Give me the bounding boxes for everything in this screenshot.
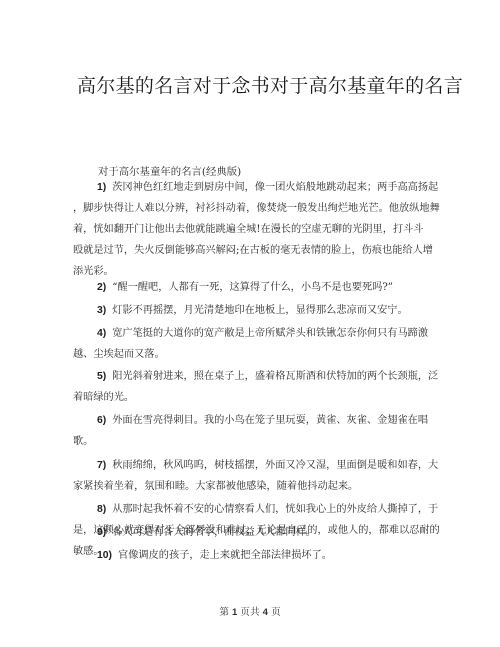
footer-suffix: 页 (271, 607, 281, 618)
quote-text: 阳光斜着射进来，照在桌子上，盛着格瓦斯酒和伏特加的两个长颈瓶，泛 (112, 371, 438, 382)
current-page-number: 1 (232, 607, 237, 618)
quote-number: 4) (97, 328, 106, 339)
quote-text: 着，恍如翻开门让他出去他就能跳遍全城!在漫长的空虚无聊的光阴里，打斗斗 (73, 219, 423, 240)
quote-5: 5)阳光斜着射进来，照在桌子上，盛着格瓦斯酒和伏特加的两个长颈瓶，泛 着暗绿的光… (73, 366, 423, 408)
quote-text: 歌。 (73, 431, 423, 452)
quote-9: 9)各人可是有各人的名字，而权益人人都同样。 (73, 522, 423, 543)
quote-text: 从那时起我怀着不安的心情察看人们，恍如我心上的外皮给人撕掉了，于 (112, 504, 438, 515)
document-title: 高尔基的名言对于念书对于高尔基童年的名言 (77, 71, 463, 98)
quote-text: 宽广笔挺的大道你的宽产敝是上帝所赋斧头和铁锹怎奈你何只有马蹄激 (112, 328, 428, 339)
quote-number: 3) (97, 305, 106, 316)
quote-number: 2) (97, 282, 106, 293)
quote-text: 官像调皮的孩子，走上来就把全部法律损坏了。 (118, 550, 332, 561)
quote-text: 家紧挨着坐着，氛围和睦。大家都被他感染，随着他抖动起来。 (73, 476, 423, 497)
document-subtitle: 对于高尔基童年的名言(经典版) (98, 163, 241, 178)
quote-number: 9) (97, 527, 106, 538)
quote-2: 2)“醒一醒吧，人都有一死，这算得了什么，小鸟不是也要死吗?” (73, 277, 423, 298)
quote-10: 10)官像调皮的孩子，走上来就把全部法律损坏了。 (73, 545, 423, 566)
quote-1: 1)茨冈神色红红地走到厨房中间，像一团火焰般地跳动起来；两手高高扬起 ，脚步快得… (73, 177, 423, 282)
quote-number: 1) (97, 182, 106, 193)
quote-number: 6) (97, 415, 106, 426)
quote-number: 5) (97, 371, 106, 382)
quote-number: 10) (97, 550, 112, 561)
quote-text: 秋雨绵绵，秋风呜呜，树枝摇摆，外面又冷又湿，里面倒是暖和如春，大 (112, 460, 438, 471)
quote-text: “醒一醒吧，人都有一死，这算得了什么，小鸟不是也要死吗?” (112, 282, 393, 293)
quote-6: 6)外面在雪亮得刺目。我的小鸟在笼子里玩耍，黄雀、灰雀、金翅雀在唱 歌。 (73, 410, 423, 452)
quote-text: 茨冈神色红红地走到厨房中间，像一团火焰般地跳动起来；两手高高扬起 (112, 182, 438, 193)
quote-3: 3)灯影不再摇摆，月光清楚地印在地板上，显得那么悲凉而又安宁。 (73, 300, 423, 321)
total-page-count: 4 (263, 607, 268, 618)
page-footer: 第 1 页共 4 页 (0, 604, 500, 618)
footer-prefix: 第 (219, 607, 229, 618)
footer-middle: 页共 (240, 607, 259, 618)
quote-number: 8) (97, 504, 106, 515)
document-page: 高尔基的名言对于念书对于高尔基童年的名言 对于高尔基童年的名言(经典版) 1)茨… (0, 0, 500, 647)
quote-text: 殴就是过节，失火反倒能够高兴解闷;在古板的毫无表情的脸上，伤痕也能给人增 (73, 240, 423, 261)
quote-text: 着暗绿的光。 (73, 387, 423, 408)
quote-number: 7) (97, 460, 106, 471)
quote-7: 7)秋雨绵绵，秋风呜呜，树枝摇摆，外面又冷又湿，里面倒是暖和如春，大 家紧挨着坐… (73, 455, 423, 497)
quote-text: 外面在雪亮得刺目。我的小鸟在笼子里玩耍，黄雀、灰雀、金翅雀在唱 (112, 415, 428, 426)
quote-text: 越、尘埃起而又落。 (73, 344, 423, 365)
quote-text: ，脚步快得让人难以分辨，衬衫抖动着，像焚烧一般发出绚烂地光芒。他放纵地舞 (73, 198, 423, 219)
quote-4: 4)宽广笔挺的大道你的宽产敝是上帝所赋斧头和铁锹怎奈你何只有马蹄激 越、尘埃起而… (73, 323, 423, 365)
quote-text: 各人可是有各人的名字，而权益人人都同样。 (112, 527, 316, 538)
quote-text: 灯影不再摇摆，月光清楚地印在地板上，显得那么悲凉而又安宁。 (112, 305, 407, 316)
